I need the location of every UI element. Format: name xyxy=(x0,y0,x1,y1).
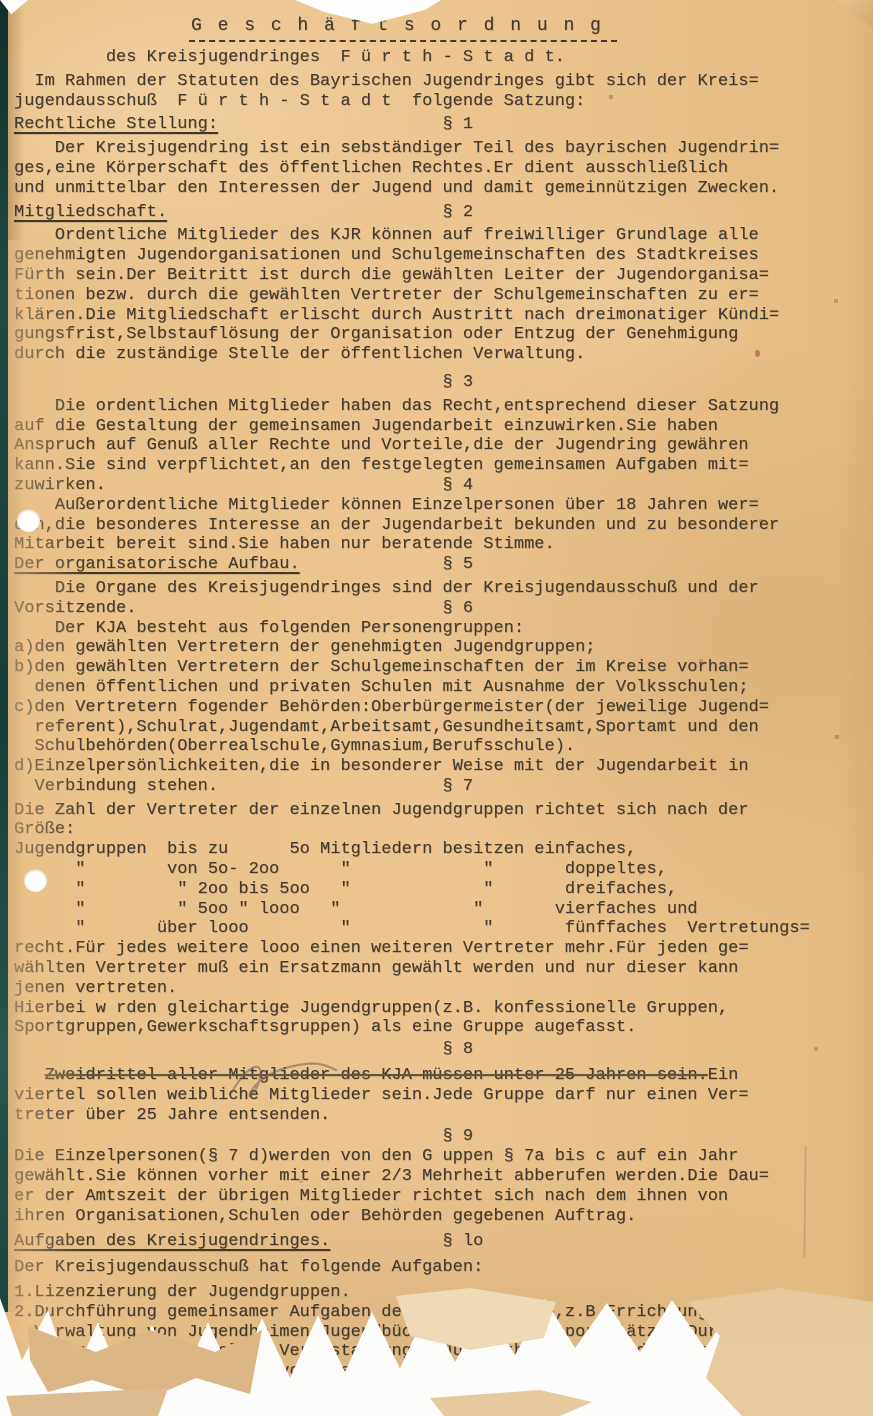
text-line: wählten Vertreter muß ein Ersatzmann gew… xyxy=(14,959,859,979)
section-heading: Der organisatorische Aufbau. xyxy=(14,555,300,574)
document-title-text: G e s c h ä f t s o r d n u n g xyxy=(189,14,617,42)
paragraph-mark: § 5 xyxy=(300,555,473,574)
text-line: " " 2oo bis 5oo " " dreifaches, xyxy=(14,880,859,900)
text-line: " " 5oo " looo " " vierfaches und xyxy=(14,900,859,920)
text-line: Verbindung stehen. § 7 xyxy=(14,777,859,797)
text-line: " von 5o- 2oo " " doppeltes, xyxy=(14,860,859,880)
text-line: d)Einzelpersönlichkeiten,die in besonder… xyxy=(14,757,859,777)
text-line: b)den gewählten Vertretern der Schulgeme… xyxy=(14,658,859,678)
text-line: a)den gewählten Vertretern der genehmigt… xyxy=(14,638,859,658)
text-segment: Ein xyxy=(708,1066,739,1085)
text-line: und unmittelbar den Interessen der Jugen… xyxy=(14,179,859,199)
text-line: Ordentliche Mitglieder des KJR können au… xyxy=(14,226,859,246)
text-line: genehmigten Jugendorganisationen und Sch… xyxy=(14,246,859,266)
text-line: Mitarbeit bereit sind.Sie haben nur bera… xyxy=(14,535,859,555)
text-line: Die Organe des Kreisjugendringes sind de… xyxy=(14,579,859,599)
text-line: gewählt.Sie können vorher mit einer 2/3 … xyxy=(14,1167,859,1187)
text-line: er der Amtszeit der übrigen Mitglieder r… xyxy=(14,1187,859,1207)
section-heading: Aufgaben des Kreisjugendringes. xyxy=(14,1232,330,1251)
text-line: ihren Organisationen,Schulen oder Behörd… xyxy=(14,1207,859,1227)
text-line: Außerordentliche Mitglieder können Einze… xyxy=(14,496,859,516)
paper-sheet-group: G e s c h ä f t s o r d n u n g des Krei… xyxy=(0,0,873,1416)
text-line: viertel sollen weibliche Mitglieder sein… xyxy=(14,1086,859,1106)
text-line: Die Einzelpersonen(§ 7 d)werden von den … xyxy=(14,1147,859,1167)
text-line: klären.Die Mitgliedschaft erlischt durch… xyxy=(14,306,859,326)
spacer xyxy=(14,365,859,373)
left-binding-strip xyxy=(0,0,8,1312)
text-line: Vorsitzende. § 6 xyxy=(14,599,859,619)
text-line: § 3 xyxy=(14,373,859,393)
text-line: Der Kreisjugendausschuß hat folgende Auf… xyxy=(14,1258,859,1278)
text-line: jugendausschuß F ü r t h - S t a d t fol… xyxy=(14,92,859,112)
text-line: durch die zuständige Stelle der öffentli… xyxy=(14,345,859,365)
text-line: zuwirken. § 4 xyxy=(14,476,859,496)
text-segment xyxy=(14,1066,45,1085)
text-line: Sportgruppen,Gewerkschaftsgruppen) als e… xyxy=(14,1018,859,1038)
text-line: referent),Schulrat,Jugendamt,Arbeitsamt,… xyxy=(14,718,859,738)
paragraph-mark: § lo xyxy=(330,1232,483,1251)
text-line: Jugendgruppen bis zu 5o Mitgliedern besi… xyxy=(14,840,859,860)
text-line: Fürth sein.Der Beitritt ist durch die ge… xyxy=(14,266,859,286)
red-ink-dot xyxy=(755,350,760,357)
text-line: " über looo " " fünffaches Vertretungs= xyxy=(14,919,859,939)
text-line: Anspruch auf Genuß aller Rechte und Vort… xyxy=(14,436,859,456)
paragraph-mark: § 1 xyxy=(218,115,473,134)
document-title: G e s c h ä f t s o r d n u n g xyxy=(14,14,859,42)
text-line: gungsfrist,Selbstauflösung der Organisat… xyxy=(14,325,859,345)
struck-text-line: Zweidrittel aller Mitglieder des KJA müs… xyxy=(14,1066,859,1086)
text-line: recht.Für jedes weitere looo einen weite… xyxy=(14,939,859,959)
text-line: Im Rahmen der Statuten des Bayrischen Ju… xyxy=(14,72,859,92)
document-content: G e s c h ä f t s o r d n u n g des Krei… xyxy=(14,14,859,1402)
text-line: denen öffentlichen und privaten Schulen … xyxy=(14,678,859,698)
text-line: den,die besonderes Interesse an der Juge… xyxy=(14,516,859,536)
text-line: des Kreisjugendringes F ü r t h - S t a … xyxy=(14,48,859,68)
struck-text: Zweidrittel aller Mitglieder des KJA müs… xyxy=(45,1066,708,1085)
paragraph-mark: § 2 xyxy=(167,203,473,222)
text-line: Der KJA besteht aus folgenden Personengr… xyxy=(14,619,859,639)
text-line: Die ordentlichen Mitglieder haben das Re… xyxy=(14,397,859,417)
text-line: § 9 xyxy=(14,1127,859,1147)
text-line: tionen bezw. durch die gewählten Vertret… xyxy=(14,286,859,306)
text-line: Der Kreisjugendring ist ein sebständiger… xyxy=(14,139,859,159)
section-heading-line: Der organisatorische Aufbau. § 5 xyxy=(14,555,859,575)
text-line: Schulbehörden(Oberrealschule,Gymnasium,B… xyxy=(14,737,859,757)
punch-hole-top xyxy=(17,509,40,532)
text-line: kann.Sie sind verpflichtet,an den festge… xyxy=(14,456,859,476)
section-heading-line: Rechtliche Stellung: § 1 xyxy=(14,115,859,135)
text-line: treter über 25 Jahre entsenden. xyxy=(14,1106,859,1126)
text-line: § 8 xyxy=(14,1040,859,1060)
section-heading-line: Aufgaben des Kreisjugendringes. § lo xyxy=(14,1232,859,1252)
scanned-page: G e s c h ä f t s o r d n u n g des Krei… xyxy=(0,0,873,1416)
text-line: ges,eine Körperschaft des öffentlichen R… xyxy=(14,159,859,179)
text-line: jenen vertreten. xyxy=(14,979,859,999)
text-line: auf die Gestaltung der gemeinsamen Jugen… xyxy=(14,417,859,437)
text-line: Hierbei w rden gleichartige Jugendgruppe… xyxy=(14,999,859,1019)
text-line: c)den Vertretern fogender Behörden:Oberb… xyxy=(14,698,859,718)
section-heading: Mitgliedschaft. xyxy=(14,203,167,222)
text-line: Größe: xyxy=(14,820,859,840)
section-heading-line: Mitgliedschaft. § 2 xyxy=(14,203,859,223)
text-line: Die Zahl der Vertreter der einzelnen Jug… xyxy=(14,801,859,821)
punch-hole-bottom xyxy=(24,869,47,892)
section-heading: Rechtliche Stellung: xyxy=(14,115,218,134)
